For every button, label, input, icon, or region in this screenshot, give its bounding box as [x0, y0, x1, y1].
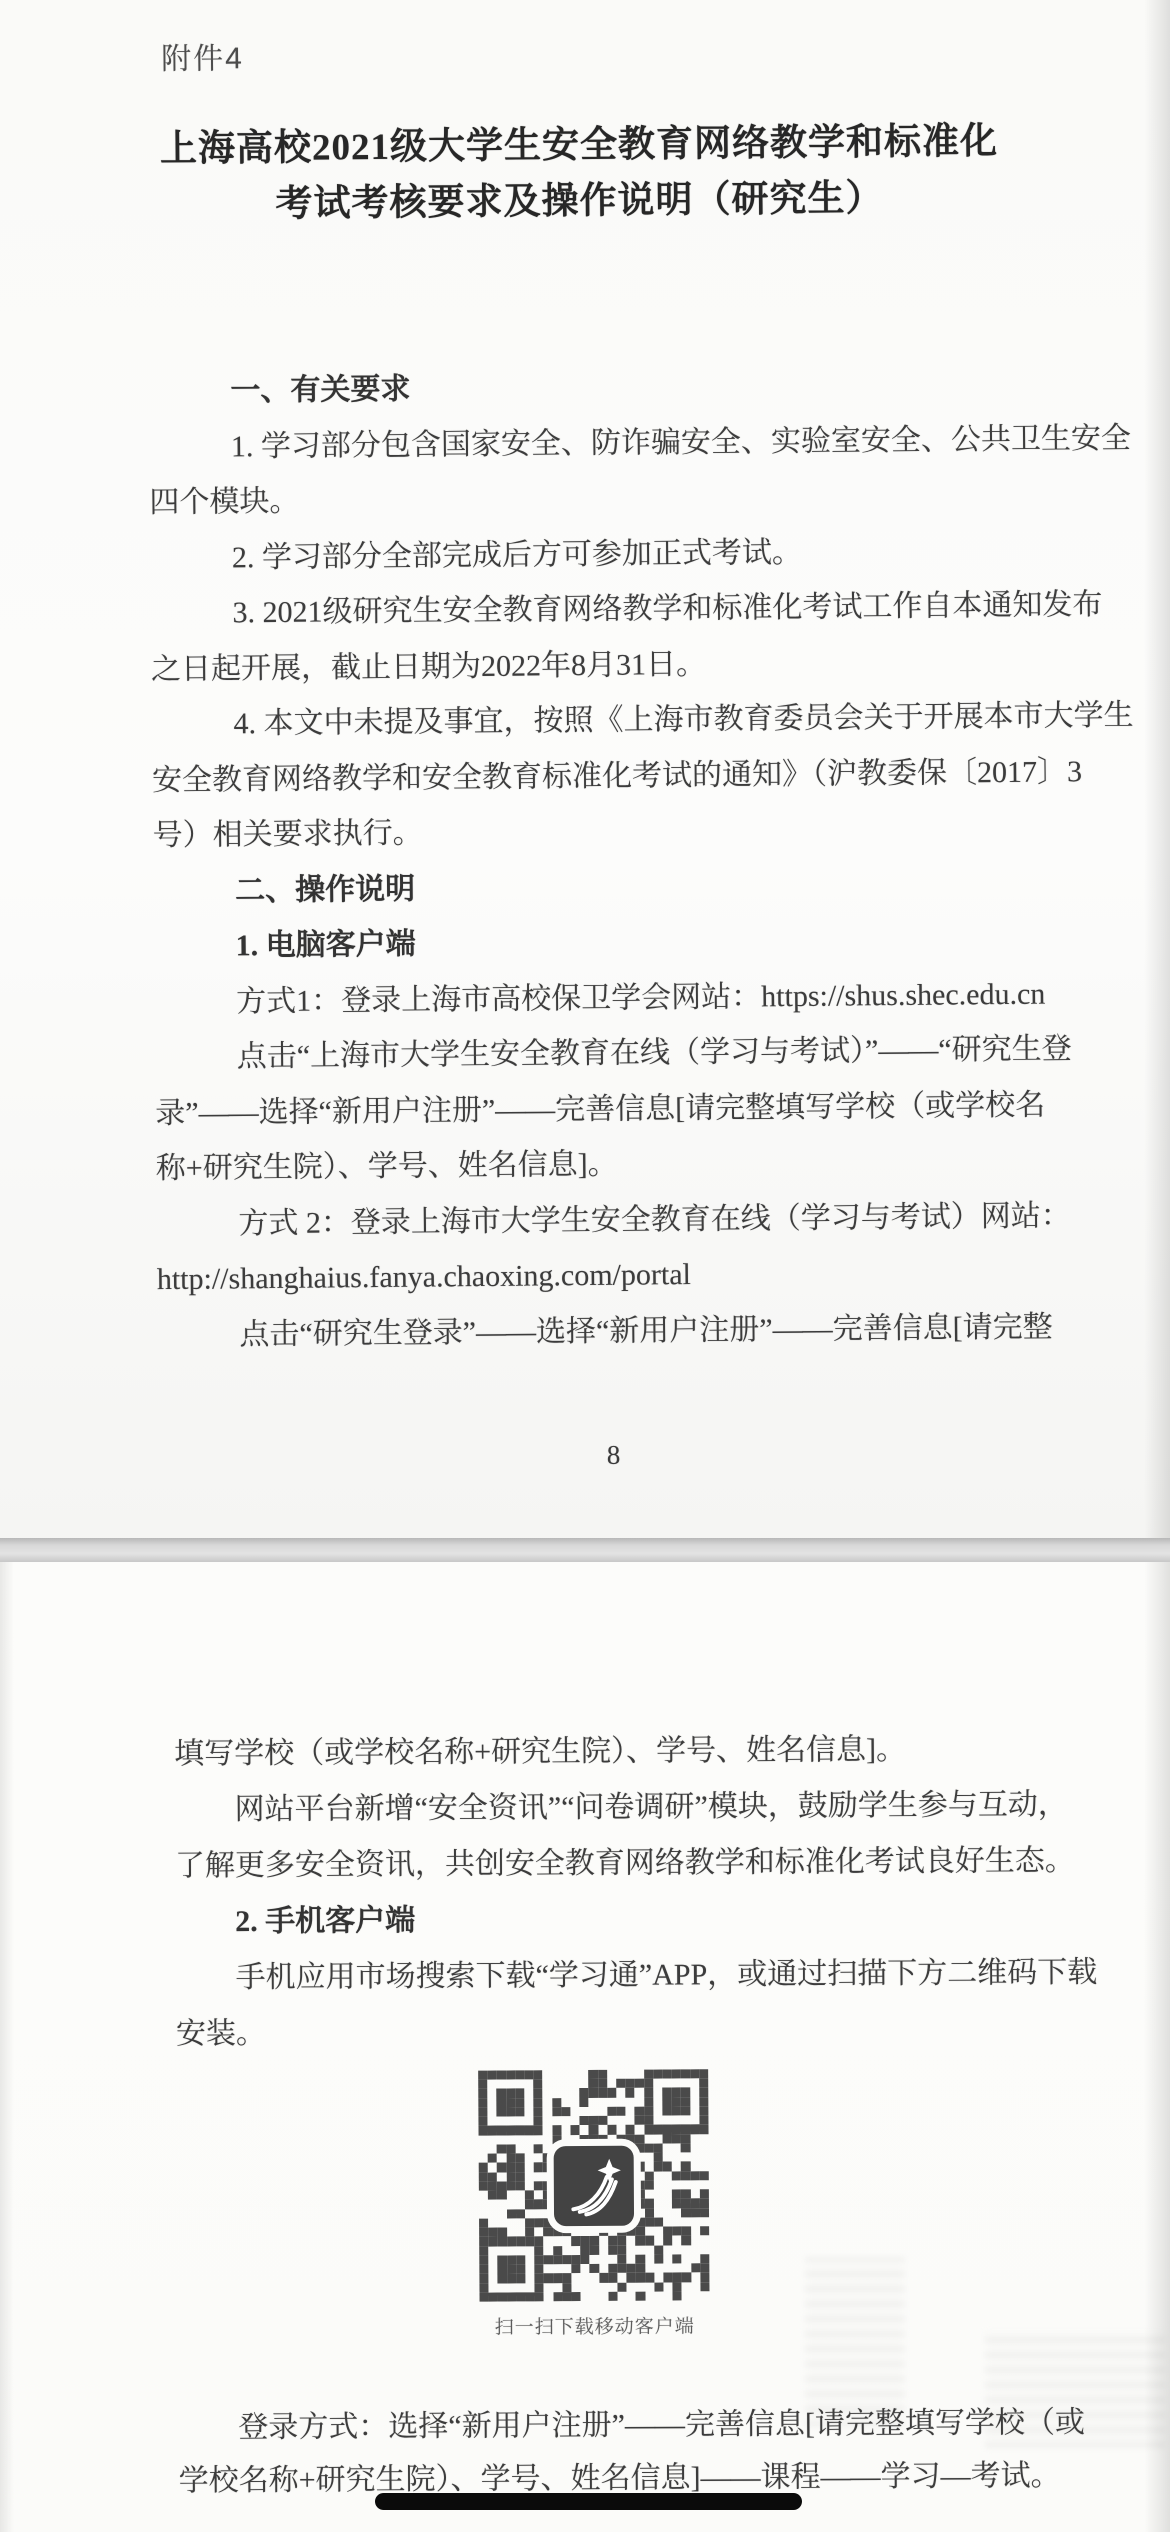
- qr-module: [497, 2117, 506, 2126]
- qr-module: [525, 2246, 534, 2255]
- qr-module: [691, 2245, 700, 2254]
- qr-module: [534, 2126, 543, 2135]
- qr-module: [654, 2245, 663, 2254]
- qr-module: [488, 2228, 497, 2237]
- qr-module: [608, 2273, 617, 2282]
- qr-module: [516, 2255, 525, 2264]
- qr-module: [516, 2283, 525, 2292]
- qr-module: [479, 2274, 488, 2283]
- qr-module: [479, 2292, 488, 2301]
- qr-module: [673, 2291, 682, 2300]
- qr-module: [590, 2255, 599, 2264]
- qr-module: [617, 2292, 626, 2301]
- qr-module: [544, 2273, 553, 2282]
- qr-module: [635, 2116, 644, 2125]
- qr-module: [479, 2154, 488, 2163]
- text-line: 安全教育网络教学和安全教育标准化考试的通知》（沪教委保〔2017〕3: [152, 743, 1112, 808]
- qr-module: [607, 2116, 616, 2125]
- qr-module: [507, 2255, 516, 2264]
- qr-module: [488, 2246, 497, 2255]
- qr-module: [654, 2291, 663, 2300]
- qr-module: [635, 2153, 644, 2162]
- qr-module: [672, 2162, 681, 2171]
- qr-module: [672, 2116, 681, 2125]
- qr-module: [700, 2273, 709, 2282]
- qr-module: [627, 2264, 636, 2273]
- qr-module: [699, 2097, 708, 2106]
- qr-module: [616, 2107, 625, 2116]
- qr-module: [599, 2236, 608, 2245]
- qr-module: [544, 2255, 553, 2264]
- qr-module: [690, 2143, 699, 2152]
- qr-module: [562, 2283, 571, 2292]
- qr-module: [534, 2218, 543, 2227]
- attachment-label: 附件4: [161, 33, 244, 78]
- qr-module: [524, 2107, 533, 2116]
- qr-module: [589, 2079, 598, 2088]
- qr-module: [644, 2190, 653, 2199]
- qr-module: [487, 2080, 496, 2089]
- qr-module: [673, 2273, 682, 2282]
- qr-module: [506, 2089, 515, 2098]
- qr-module: [506, 2080, 515, 2089]
- qr-module: [645, 2264, 654, 2273]
- qr-module: [534, 2181, 543, 2190]
- qr-module: [524, 2070, 533, 2079]
- qr-module: [671, 2079, 680, 2088]
- qr-module: [700, 2208, 709, 2217]
- qr-module: [579, 2079, 588, 2088]
- text-line: 二、操作说明: [153, 854, 1113, 919]
- qr-module: [488, 2117, 497, 2126]
- qr-module: [498, 2274, 507, 2283]
- qr-module: [534, 2144, 543, 2153]
- qr-module: [571, 2255, 580, 2264]
- qr-module: [516, 2218, 525, 2227]
- qr-module: [627, 2282, 636, 2291]
- qr-module: [553, 2283, 562, 2292]
- text-line: 录”——选择“新用户注册”——完善信息[请完整填写学校（或学校名: [155, 1076, 1115, 1141]
- qr-module: [699, 2125, 708, 2134]
- qr-module: [699, 2078, 708, 2087]
- qr-module: [507, 2200, 516, 2209]
- qr-module: [663, 2134, 672, 2143]
- qr-module: [700, 2189, 709, 2198]
- qr-module: [690, 2088, 699, 2097]
- qr-module: [515, 2089, 524, 2098]
- qr-module: [644, 2088, 653, 2097]
- qr-module: [654, 2180, 663, 2189]
- qr-module: [534, 2153, 543, 2162]
- qr-module: [543, 2070, 552, 2079]
- qr-module: [654, 2171, 663, 2180]
- qr-module: [506, 2191, 515, 2200]
- qr-module: [543, 2089, 552, 2098]
- qr-module: [571, 2135, 580, 2144]
- qr-module: [525, 2144, 534, 2153]
- qr-module: [663, 2254, 672, 2263]
- qr-module: [570, 2107, 579, 2116]
- qr-module: [497, 2098, 506, 2107]
- qr-module: [543, 2144, 552, 2153]
- qr-module: [598, 2116, 607, 2125]
- qr-module: [635, 2134, 644, 2143]
- qr-module: [590, 2264, 599, 2273]
- qr-module: [653, 2088, 662, 2097]
- qr-module: [700, 2199, 709, 2208]
- qr-module: [644, 2070, 653, 2079]
- qr-module: [616, 2097, 625, 2106]
- qr-module: [488, 2107, 497, 2116]
- page-2-left-edge-shadow: [0, 1562, 14, 2532]
- qr-module: [663, 2162, 672, 2171]
- qr-module: [534, 2209, 543, 2218]
- qr-module: [626, 2254, 635, 2263]
- qr-module: [681, 2088, 690, 2097]
- page-1-edge-shadow: [1144, 0, 1170, 1538]
- qr-module: [681, 2208, 690, 2217]
- qr-module: [599, 2273, 608, 2282]
- qr-module: [700, 2245, 709, 2254]
- qr-module: [589, 2098, 598, 2107]
- document-title-line-2: 考试考核要求及操作说明（研究生）: [0, 168, 1165, 235]
- text-line: 安装。: [176, 2001, 1116, 2063]
- qr-module: [497, 2163, 506, 2172]
- qr-module: [525, 2172, 534, 2181]
- qr-module: [589, 2107, 598, 2116]
- qr-module: [636, 2254, 645, 2263]
- qr-module: [616, 2070, 625, 2079]
- qr-module: [543, 2209, 552, 2218]
- qr-module: [681, 2153, 690, 2162]
- qr-module: [682, 2236, 691, 2245]
- qr-module: [543, 2172, 552, 2181]
- text-line: 网站平台新增“安全资讯”“问卷调研”模块，鼓励学生参与互动，: [174, 1777, 1114, 1839]
- qr-module: [691, 2282, 700, 2291]
- qr-module: [690, 2171, 699, 2180]
- qr-module: [562, 2236, 571, 2245]
- qr-module: [516, 2246, 525, 2255]
- qr-module: [672, 2254, 681, 2263]
- qr-module: [479, 2181, 488, 2190]
- qr-module: [663, 2208, 672, 2217]
- qr-module: [516, 2292, 525, 2301]
- qr-module: [700, 2217, 709, 2226]
- qr-module: [498, 2283, 507, 2292]
- qr-module: [525, 2292, 534, 2301]
- qr-module: [644, 2143, 653, 2152]
- qr-module: [580, 2107, 589, 2116]
- qr-module: [533, 2098, 542, 2107]
- text-line: 1. 电脑客户端: [153, 910, 1113, 975]
- page-1-body-text: 一、有关要求1. 学习部分包含国家安全、防诈骗安全、实验室安全、公共卫生安全四个…: [148, 355, 1118, 1363]
- qr-module: [635, 2079, 644, 2088]
- qr-module: [516, 2200, 525, 2209]
- qr-module: [645, 2273, 654, 2282]
- qr-module: [479, 2228, 488, 2237]
- qr-module: [524, 2126, 533, 2135]
- qr-module: [506, 2107, 515, 2116]
- qr-module: [636, 2273, 645, 2282]
- qr-module: [663, 2236, 672, 2245]
- qr-module: [515, 2098, 524, 2107]
- qr-module: [644, 2097, 653, 2106]
- swan-comet-icon: [563, 2155, 625, 2217]
- qr-module: [561, 2107, 570, 2116]
- qr-module: [681, 2125, 690, 2134]
- qr-module: [487, 2071, 496, 2080]
- qr-module: [608, 2264, 617, 2273]
- qr-module: [543, 2116, 552, 2125]
- qr-module: [672, 2134, 681, 2143]
- qr-module: [524, 2098, 533, 2107]
- qr-module: [543, 2218, 552, 2227]
- qr-module: [625, 2079, 634, 2088]
- qr-module: [562, 2264, 571, 2273]
- qr-module: [626, 2107, 635, 2116]
- qr-module: [663, 2264, 672, 2273]
- qr-module: [635, 2190, 644, 2199]
- qr-module: [625, 2097, 634, 2106]
- qr-module: [690, 2079, 699, 2088]
- page-2-content: 填写学校（或学校名称+研究生院）、学号、姓名信息]。网站平台新增“安全资讯”“问…: [0, 1558, 1170, 2532]
- page-2-edge-shadow: [1144, 1562, 1170, 2532]
- qr-module: [488, 2135, 497, 2144]
- qr-module: [598, 2135, 607, 2144]
- text-line: 2. 学习部分全部完成后方可参加正式考试。: [150, 521, 1110, 586]
- qr-module: [645, 2254, 654, 2263]
- qr-module: [700, 2236, 709, 2245]
- qr-module: [478, 2117, 487, 2126]
- qr-module: [699, 2106, 708, 2115]
- qr-module: [645, 2227, 654, 2236]
- qr-module: [617, 2273, 626, 2282]
- qr-module: [672, 2208, 681, 2217]
- qr-module: [479, 2218, 488, 2227]
- qr-module: [663, 2217, 672, 2226]
- qr-module: [616, 2116, 625, 2125]
- qr-module: [589, 2135, 598, 2144]
- qr-module: [488, 2154, 497, 2163]
- qr-module: [682, 2263, 691, 2272]
- qr-module: [635, 2181, 644, 2190]
- qr-module: [691, 2199, 700, 2208]
- qr-module: [627, 2291, 636, 2300]
- qr-module: [626, 2245, 635, 2254]
- qr-module: [626, 2116, 635, 2125]
- qr-module: [534, 2172, 543, 2181]
- qr-module: [663, 2190, 672, 2199]
- qr-module: [589, 2227, 598, 2236]
- qr-module: [682, 2291, 691, 2300]
- qr-module: [699, 2115, 708, 2124]
- qr-module: [690, 2097, 699, 2106]
- text-line: 填写学校（或学校名称+研究生院）、学号、姓名信息]。: [174, 1721, 1114, 1783]
- qr-module: [478, 2126, 487, 2135]
- qr-module: [544, 2283, 553, 2292]
- qr-module: [488, 2181, 497, 2190]
- qr-module: [525, 2200, 534, 2209]
- qr-module: [662, 2069, 671, 2078]
- qr-module: [699, 2134, 708, 2143]
- qr-module: [626, 2134, 635, 2143]
- qr-module: [690, 2134, 699, 2143]
- qr-module: [663, 2199, 672, 2208]
- qr-module: [590, 2245, 599, 2254]
- qr-module: [691, 2236, 700, 2245]
- qr-module: [478, 2089, 487, 2098]
- qr-module: [488, 2218, 497, 2227]
- qr-module: [635, 2088, 644, 2097]
- qr-module: [636, 2264, 645, 2273]
- qr-module: [552, 2098, 561, 2107]
- qr-module: [543, 2227, 552, 2236]
- qr-module: [553, 2292, 562, 2301]
- qr-module: [626, 2236, 635, 2245]
- qr-module: [552, 2089, 561, 2098]
- page-gap-divider: [0, 1538, 1170, 1562]
- qr-module: [681, 2079, 690, 2088]
- qr-module: [691, 2226, 700, 2235]
- qr-module: [489, 2274, 498, 2283]
- qr-module: [599, 2282, 608, 2291]
- qr-module: [607, 2107, 616, 2116]
- qr-module: [497, 2181, 506, 2190]
- qr-module: [589, 2070, 598, 2079]
- qr-module: [590, 2273, 599, 2282]
- qr-module: [682, 2254, 691, 2263]
- qr-module: [561, 2098, 570, 2107]
- qr-module: [682, 2282, 691, 2291]
- qr-module: [645, 2208, 654, 2217]
- qr-module: [516, 2181, 525, 2190]
- text-line: 之日起开展，截止日期为2022年8月31日。: [151, 632, 1111, 697]
- qr-module: [644, 2180, 653, 2189]
- qr-module: [663, 2291, 672, 2300]
- qr-module: [561, 2126, 570, 2135]
- qr-module: [488, 2163, 497, 2172]
- qr-module: [535, 2274, 544, 2283]
- qr-module: [672, 2171, 681, 2180]
- qr-module: [607, 2088, 616, 2097]
- qr-module: [700, 2282, 709, 2291]
- qr-module: [561, 2116, 570, 2125]
- qr-module: [553, 2236, 562, 2245]
- qr-module: [516, 2264, 525, 2273]
- qr-module: [663, 2227, 672, 2236]
- qr-module: [635, 2217, 644, 2226]
- qr-module: [690, 2069, 699, 2078]
- qr-module: [663, 2143, 672, 2152]
- qr-module: [534, 2227, 543, 2236]
- qr-module: [699, 2069, 708, 2078]
- qr-module: [654, 2217, 663, 2226]
- qr-module: [653, 2134, 662, 2143]
- qr-module: [626, 2227, 635, 2236]
- qr-module: [524, 2089, 533, 2098]
- qr-module: [681, 2226, 690, 2235]
- qr-module: [700, 2171, 709, 2180]
- qr-module: [654, 2254, 663, 2263]
- qr-module: [636, 2245, 645, 2254]
- qr-module: [506, 2163, 515, 2172]
- qr-module: [488, 2172, 497, 2181]
- qr-module: [663, 2282, 672, 2291]
- qr-module: [507, 2246, 516, 2255]
- qr-module: [534, 2255, 543, 2264]
- qr-module: [533, 2089, 542, 2098]
- qr-module: [515, 2080, 524, 2089]
- qr-module: [543, 2126, 552, 2135]
- page-2-footer-text: 登录方式：选择“新用户注册”——完善信息[请完整填写学校（或学校名称+研究生院）…: [178, 2396, 1119, 2508]
- qr-module: [580, 2227, 589, 2236]
- qr-module: [516, 2209, 525, 2218]
- qr-caption: 扫一扫下载移动客户端: [430, 2311, 760, 2340]
- qr-module: [607, 2079, 616, 2088]
- page-number: 8: [28, 1434, 1170, 1476]
- qr-module: [617, 2245, 626, 2254]
- text-line: 四个模块。: [149, 466, 1109, 531]
- qr-module: [598, 2070, 607, 2079]
- qr-module: [488, 2144, 497, 2153]
- page-1-content: 附件4 上海高校2021级大学生安全教育网络教学和标准化 考试考核要求及操作说明…: [0, 0, 1170, 1544]
- qr-module: [525, 2209, 534, 2218]
- qr-module: [562, 2255, 571, 2264]
- qr-module: [617, 2134, 626, 2143]
- qr-module: [570, 2089, 579, 2098]
- qr-module: [515, 2154, 524, 2163]
- qr-module: [653, 2125, 662, 2134]
- qr-module: [654, 2208, 663, 2217]
- text-line: 了解更多安全资讯，共创安全教育网络教学和标准化考试良好生态。: [175, 1833, 1115, 1895]
- qr-module: [681, 2134, 690, 2143]
- qr-module: [691, 2208, 700, 2217]
- qr-module: [580, 2246, 589, 2255]
- qr-module: [590, 2236, 599, 2245]
- page-1-scan: 附件4 上海高校2021级大学生安全教育网络教学和标准化 考试考核要求及操作说明…: [0, 0, 1170, 1538]
- qr-module: [608, 2292, 617, 2301]
- qr-module: [635, 2208, 644, 2217]
- qr-module: [644, 2134, 653, 2143]
- qr-module: [599, 2245, 608, 2254]
- qr-module: [525, 2163, 534, 2172]
- qr-module: [506, 2070, 515, 2079]
- qr-module: [507, 2237, 516, 2246]
- qr-module: [690, 2162, 699, 2171]
- qr-module: [498, 2265, 507, 2274]
- qr-module: [489, 2292, 498, 2301]
- qr-module: [617, 2227, 626, 2236]
- qr-module: [570, 2079, 579, 2088]
- qr-module: [544, 2292, 553, 2301]
- qr-module: [599, 2255, 608, 2264]
- qr-module: [506, 2135, 515, 2144]
- text-line: 号）相关要求执行。: [152, 799, 1112, 864]
- qr-module: [690, 2152, 699, 2161]
- qr-module: [553, 2273, 562, 2282]
- qr-module: [561, 2089, 570, 2098]
- text-line: 手机应用市场搜索下载“学习通”APP，或通过扫描下方二维码下载: [175, 1945, 1115, 2007]
- qr-module: [497, 2080, 506, 2089]
- qr-module: [525, 2227, 534, 2236]
- qr-module: [525, 2190, 534, 2199]
- qr-module: [488, 2209, 497, 2218]
- qr-module: [662, 2125, 671, 2134]
- qr-module: [682, 2245, 691, 2254]
- qr-module: [506, 2098, 515, 2107]
- qr-module: [653, 2070, 662, 2079]
- qr-module: [662, 2097, 671, 2106]
